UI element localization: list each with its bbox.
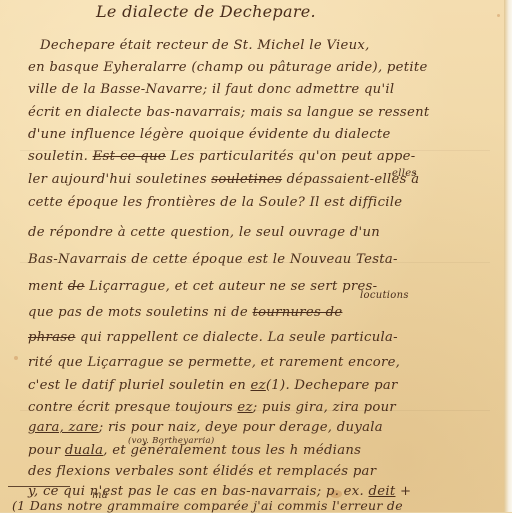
- text-segment: ler aujourd'hui souletines: [28, 172, 211, 187]
- underlined-text: duala: [65, 443, 103, 458]
- text-line: ler aujourd'hui souletines souletines dé…: [28, 172, 419, 187]
- paper-stain: [497, 14, 500, 17]
- document-title: Le dialecte de Dechepare.: [96, 2, 316, 21]
- text-segment: Liçarrague, et cet auteur ne se sert pre…: [85, 279, 378, 294]
- text-line: ville de la Basse-Navarre; il faut donc …: [28, 82, 394, 97]
- text-segment: Les particularités qu'on peut appe-: [166, 149, 416, 164]
- text-line: des flexions verbales sont élidés et rem…: [28, 464, 376, 479]
- text-line: rité que Liçarrague se permette, et rare…: [28, 355, 400, 370]
- struck-text: Est-ce que: [93, 149, 166, 164]
- text-line: Dechepare était recteur de St. Michel le…: [40, 38, 370, 53]
- text-line: écrit en dialecte bas-navarrais; mais sa…: [28, 105, 429, 120]
- underlined-text: ez: [251, 378, 266, 393]
- text-line: c'est le datif pluriel souletin en ez(1)…: [28, 378, 398, 393]
- text-segment: , et généralement tous les h médians: [103, 443, 361, 458]
- footnote-marker: (1: [12, 498, 25, 512]
- text-segment: que pas de mots souletins ni de: [28, 305, 252, 320]
- underlined-text: ez: [237, 400, 252, 415]
- text-segment: ; puis gira, zira pour: [253, 400, 396, 415]
- footnote-divider: [8, 486, 70, 487]
- manuscript-page: Le dialecte de Dechepare. Dechepare étai…: [0, 0, 504, 512]
- text-line: pour duala, et généralement tous les h m…: [28, 443, 361, 458]
- text-segment: y, ce qui n'est pas le cas en bas-navarr…: [28, 484, 369, 499]
- struck-text: tournures de: [252, 305, 342, 320]
- text-line: en basque Eyheralarre (champ ou pâturage…: [28, 60, 428, 75]
- text-line: cette époque les frontières de la Soule?…: [28, 195, 402, 210]
- text-segment: qui rappellent ce dialecte. La seule par…: [75, 330, 397, 345]
- text-line: d'une influence légère quoique évidente …: [28, 127, 391, 142]
- struck-text: phrase: [28, 330, 75, 345]
- text-segment: ment: [28, 279, 68, 294]
- underlined-text: gara, zare: [28, 420, 99, 435]
- text-line: gara, zare; ris pour naiz, deye pour der…: [28, 420, 383, 435]
- paper-edge: [504, 0, 512, 512]
- footnote-text: Dans notre grammaire comparée j'ai commi…: [30, 498, 403, 512]
- text-segment: (1). Dechepare par: [266, 378, 398, 393]
- text-line: contre écrit presque toujours ez; puis g…: [28, 400, 396, 415]
- text-line: Bas-Navarrais de cette époque est le Nou…: [28, 252, 398, 267]
- paper-stain: [14, 356, 18, 360]
- text-segment: contre écrit presque toujours: [28, 400, 237, 415]
- text-segment: dépassaient-elles à: [282, 172, 419, 187]
- underlined-text: deit: [369, 484, 396, 499]
- text-line: y, ce qui n'est pas le cas en bas-navarr…: [28, 484, 411, 499]
- text-line: ment de Liçarrague, et cet auteur ne se …: [28, 279, 377, 294]
- text-segment: +: [395, 484, 411, 499]
- text-segment: pour: [28, 443, 65, 458]
- text-line: de répondre à cette question, le seul ou…: [28, 225, 380, 240]
- text-segment: souletin.: [28, 149, 93, 164]
- text-segment: c'est le datif pluriel souletin en: [28, 378, 251, 393]
- struck-text: souletines: [211, 172, 282, 187]
- text-line: souletin. Est-ce que Les particularités …: [28, 149, 416, 164]
- footnote: (1 Dans notre grammaire comparée j'ai co…: [12, 498, 403, 512]
- struck-text: de: [68, 279, 85, 294]
- text-line: phrase qui rappellent ce dialecte. La se…: [28, 330, 398, 345]
- text-segment: ; ris pour naiz, deye pour derage, duyal…: [99, 420, 383, 435]
- text-line: que pas de mots souletins ni de tournure…: [28, 305, 342, 320]
- insertion-above-line: locutions: [360, 290, 409, 301]
